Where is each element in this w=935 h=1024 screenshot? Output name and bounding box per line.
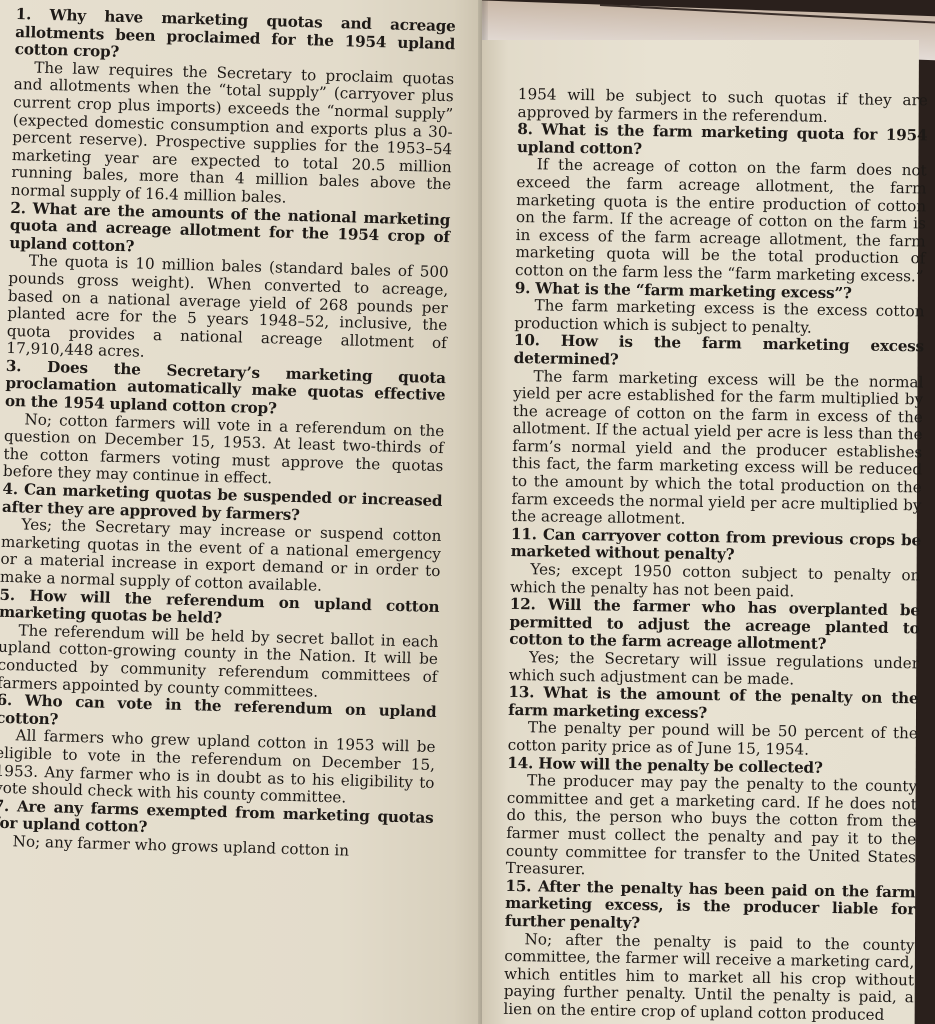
question-15: 15. After the penalty has been paid on t… <box>505 878 916 937</box>
answer-5: The referendum will be held by secret ba… <box>0 622 439 705</box>
answer-1: The law requires the Secretary to procla… <box>11 59 455 212</box>
left-page-column: 1. Why have marketing quotas and acreage… <box>0 6 456 862</box>
answer-8: If the acreage of cotton on the farm doe… <box>515 156 927 286</box>
answer-4: Yes; the Secretary may increase or suspe… <box>0 516 442 599</box>
question-12: 12. Will the farmer who has overplanted … <box>509 596 920 655</box>
answer-14: The producer may pay the penalty to the … <box>506 772 918 884</box>
answer-6: All farmers who grew upland cotton in 19… <box>0 727 436 810</box>
answer-15: No; after the penalty is paid to the cou… <box>503 930 914 1024</box>
answer-10: The farm marketing excess will be the no… <box>511 367 923 532</box>
left-page: 1. Why have marketing quotas and acreage… <box>0 0 482 1024</box>
right-page-column: 1954 will be subject to such quotas if t… <box>503 86 928 1024</box>
answer-2: The quota is 10 million bales (standard … <box>6 252 449 370</box>
